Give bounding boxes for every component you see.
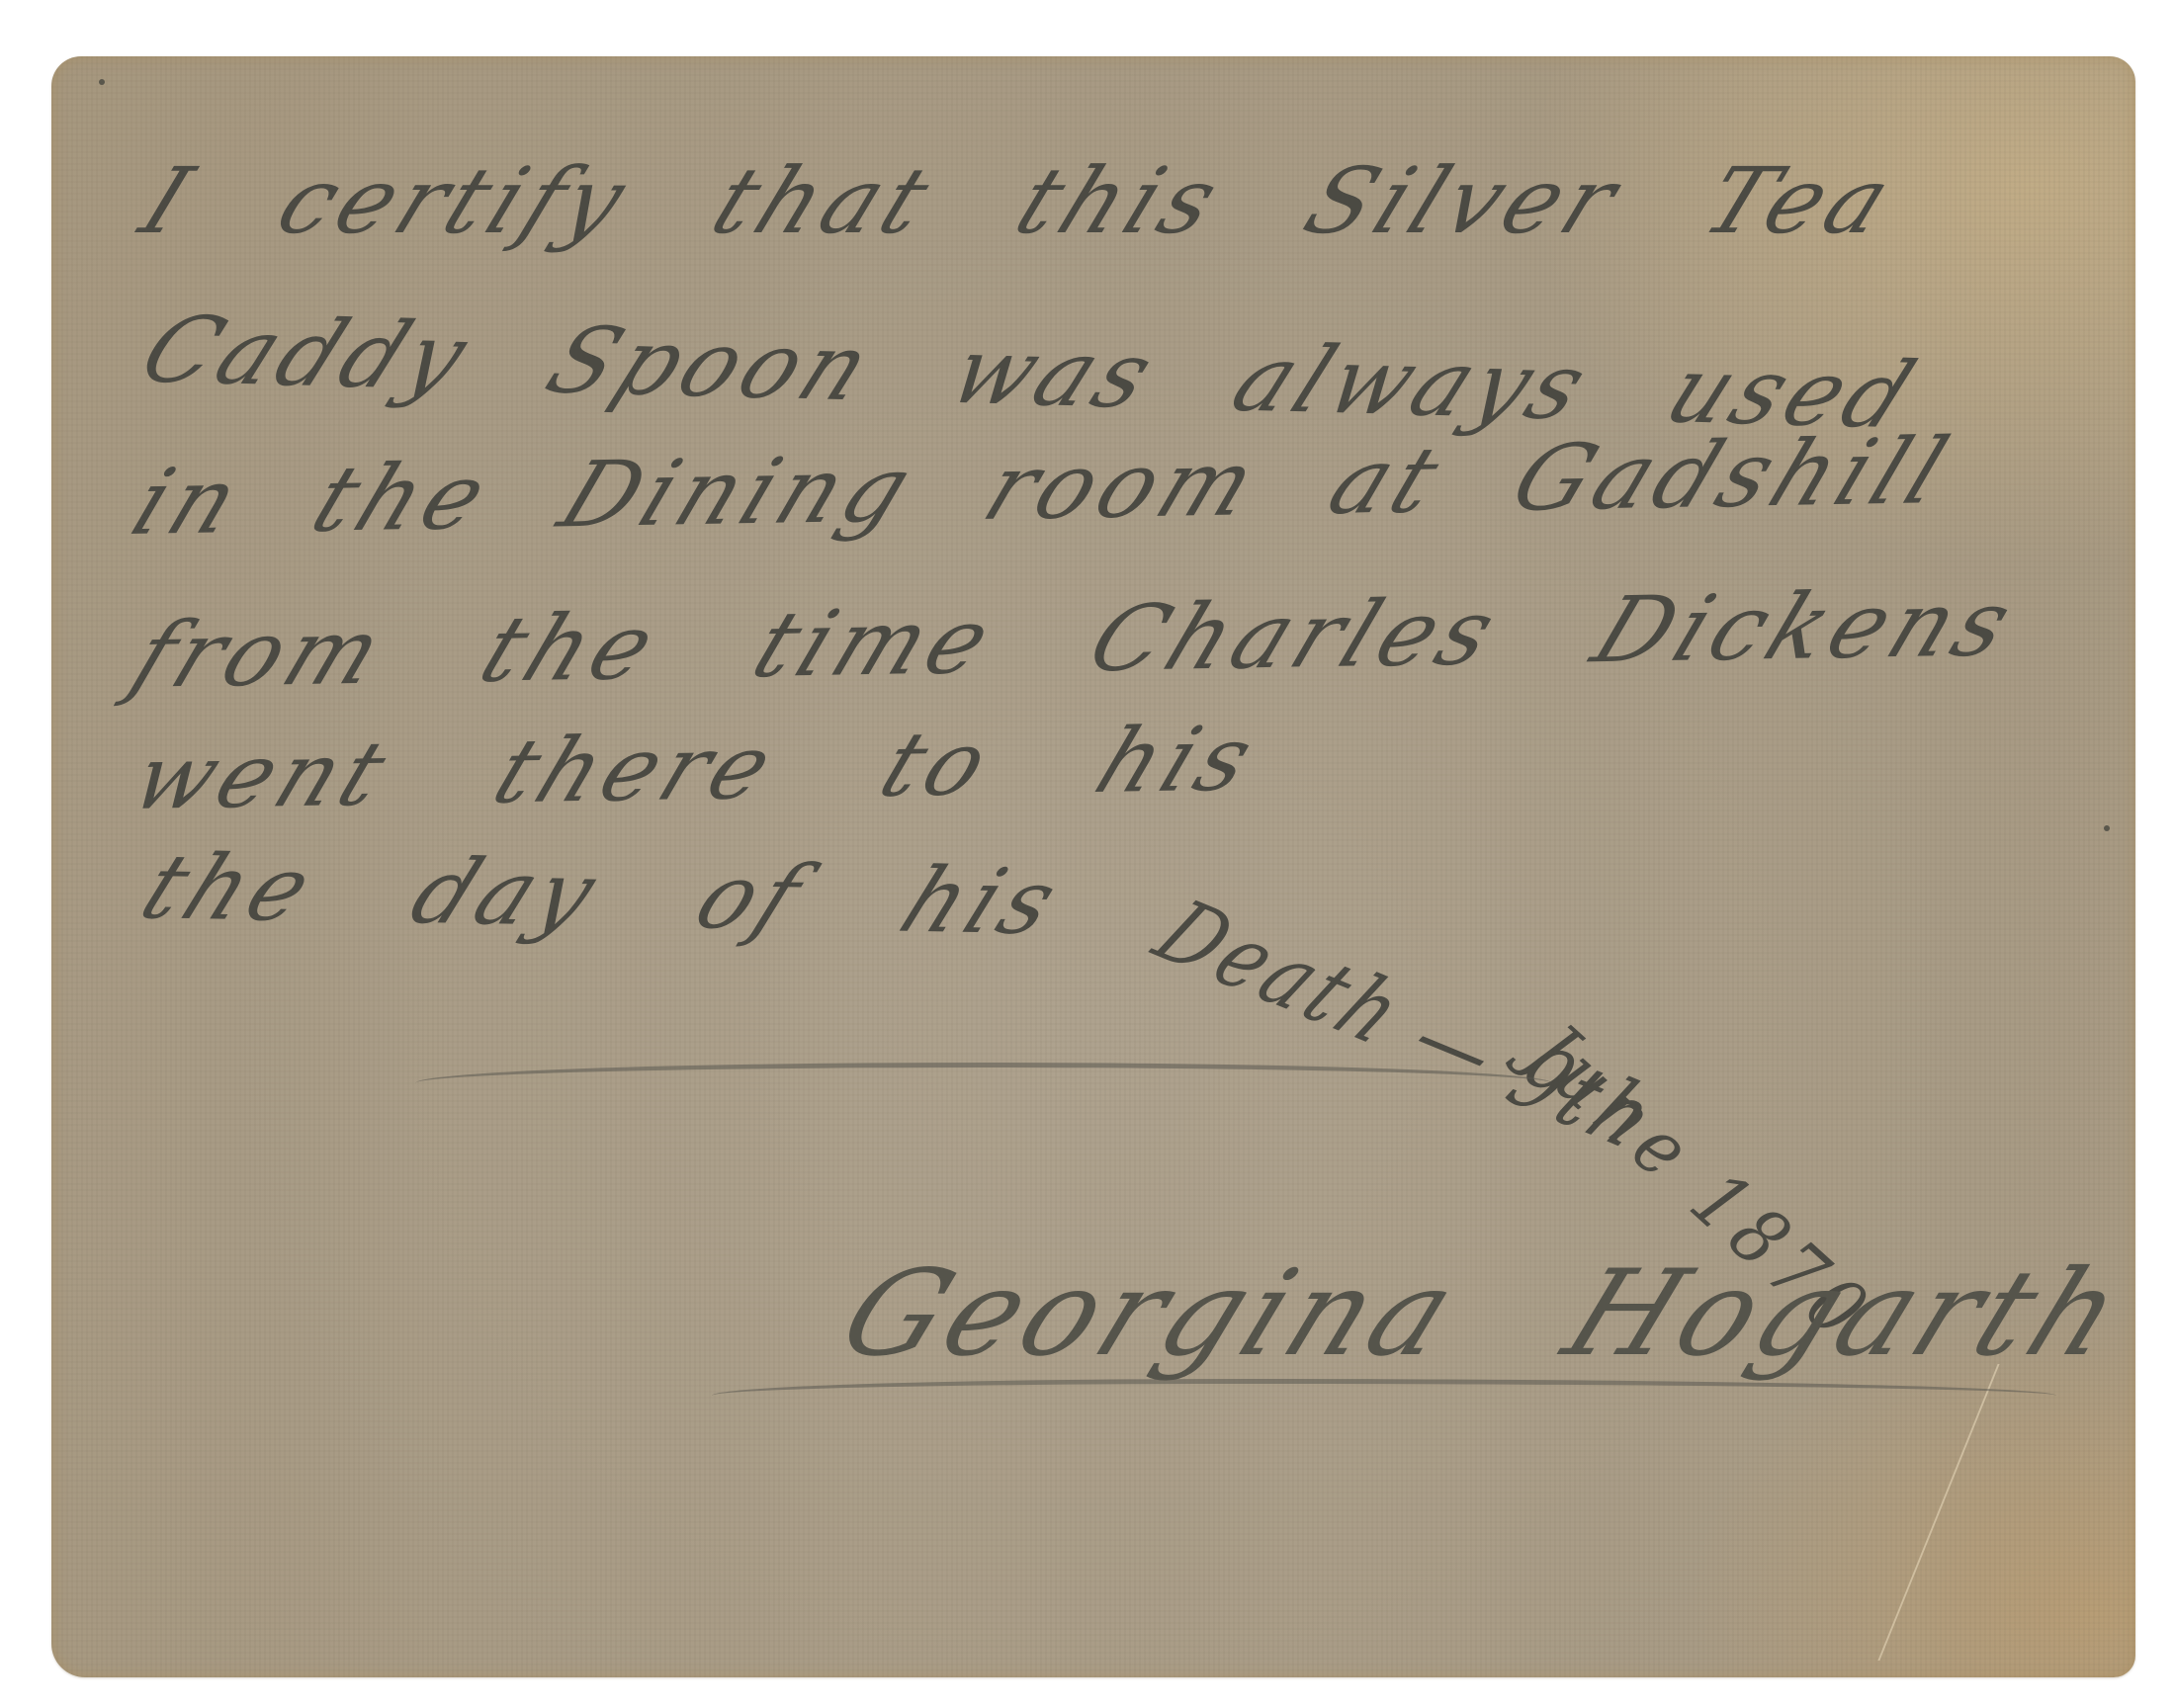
ink-spot (99, 79, 105, 85)
text-line-1: I certify that this Silver Tea (127, 148, 1911, 254)
ink-spot (2104, 825, 2110, 831)
signature: Georgina Hogarth (823, 1245, 2146, 1383)
text-line-5: went there to his (119, 707, 1273, 830)
text-line-6: the day of his (127, 835, 1078, 955)
